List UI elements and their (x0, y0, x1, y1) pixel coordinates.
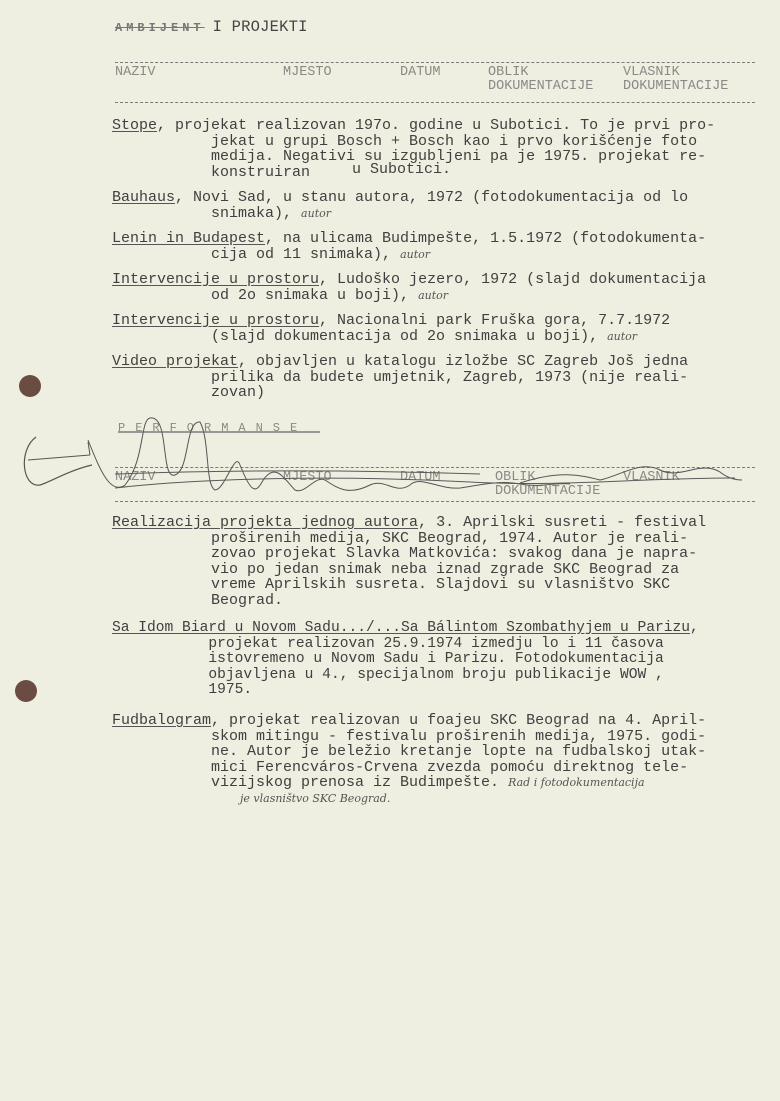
performance-entry: Sa Idom Biard u Novom Sadu.../...Sa Báli… (112, 621, 699, 699)
col-vlasnik-2: DOKUMENTACIJE (623, 80, 728, 94)
handwritten-note: je vlasništvo SKC Beograd. (240, 792, 390, 805)
handwritten-note: autor (418, 289, 448, 302)
project-entry: Bauhaus, Novi Sad, u stanu autora, 1972 … (112, 190, 688, 221)
project-entry: Intervencije u prostoru, Nacionalni park… (112, 313, 670, 344)
project-entry: Video projekat, objavljen u katalogu izl… (112, 354, 688, 401)
performance-entry: Realizacija projekta jednog autora, 3. A… (112, 515, 706, 609)
entry-title: Stope (112, 117, 157, 134)
performance-section-title: PERFORMANSE (118, 421, 307, 435)
col-naziv: NAZIV (115, 66, 156, 80)
struck-heading-word: AMBIJENT (115, 21, 205, 35)
col-oblik: OBLIK (488, 66, 529, 80)
col-oblik-2: DOKUMENTACIJE (488, 80, 593, 94)
page-heading: AMBIJENTI PROJEKTI (115, 18, 308, 36)
col-mjesto: MJESTO (283, 66, 332, 80)
handwritten-note: autor (301, 207, 331, 220)
punch-hole-top (19, 375, 41, 397)
heading-text: I PROJEKTI (213, 18, 308, 36)
typewritten-page: AMBIJENTI PROJEKTI NAZIV MJESTO DATUM OB… (0, 0, 780, 1101)
col-vlasnik: VLASNIK (623, 66, 680, 80)
punch-hole-bottom (15, 680, 37, 702)
handwritten-note: Rad i fotodokumentacija (508, 776, 644, 789)
inserted-text: u Subotici. (352, 162, 451, 178)
handwritten-note: autor (400, 248, 430, 261)
performance-entry: Fudbalogram, projekat realizovan u foaje… (112, 713, 706, 807)
project-entry: Intervencije u prostoru, Ludoško jezero,… (112, 272, 706, 303)
project-entry: Lenin in Budapest, na ulicama Budimpešte… (112, 231, 706, 262)
col-datum: DATUM (400, 66, 441, 80)
handwritten-note: autor (607, 330, 637, 343)
